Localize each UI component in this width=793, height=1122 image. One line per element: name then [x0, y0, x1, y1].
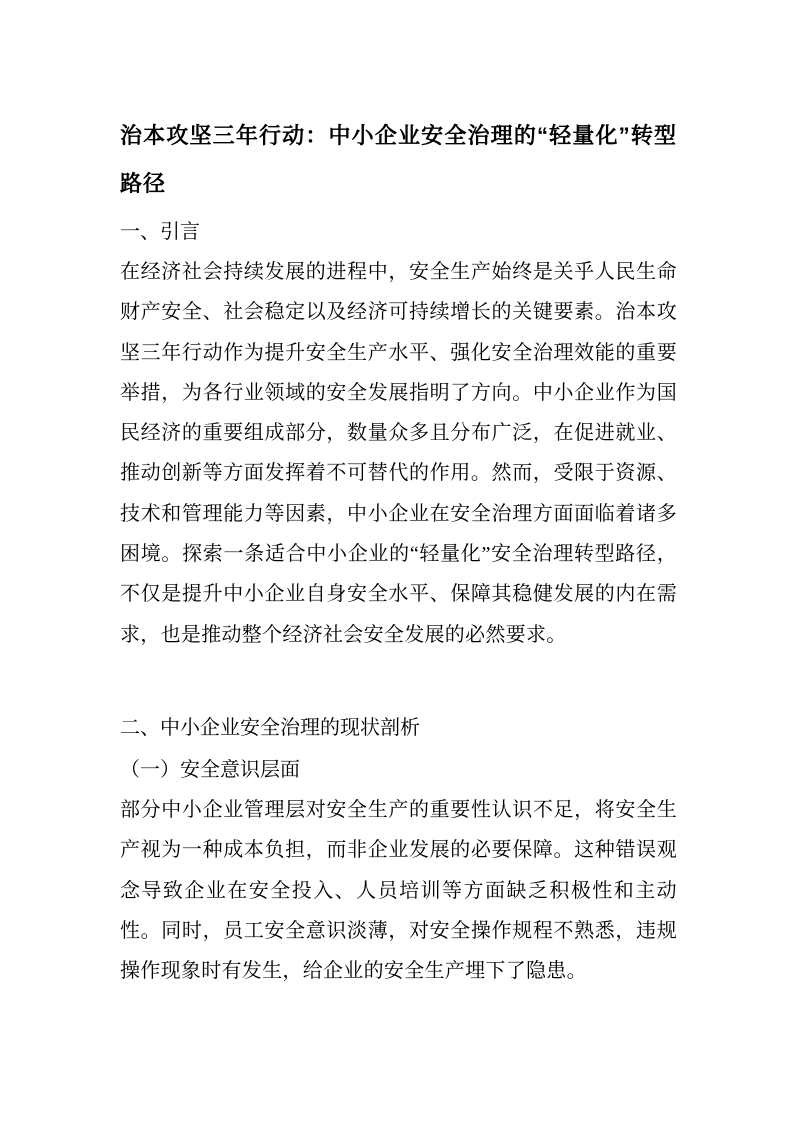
section-heading-intro: 一、引言 [120, 212, 677, 252]
subsection-heading-safety-awareness: （一）安全意识层面 [120, 750, 677, 790]
section-intro: 一、引言 在经济社会持续发展的进程中，安全生产始终是关乎人民生命财产安全、社会稳… [120, 212, 677, 655]
paragraph-intro: 在经济社会持续发展的进程中，安全生产始终是关乎人民生命财产安全、社会稳定以及经济… [120, 252, 677, 655]
section-heading-status-analysis: 二、中小企业安全治理的现状剖析 [120, 708, 677, 748]
document-title: 治本攻坚三年行动：中小企业安全治理的“轻量化”转型路径 [120, 112, 677, 208]
document-page: 治本攻坚三年行动：中小企业安全治理的“轻量化”转型路径 一、引言 在经济社会持续… [0, 0, 793, 1122]
paragraph-safety-awareness: 部分中小企业管理层对安全生产的重要性认识不足，将安全生产视为一种成本负担，而非企… [120, 790, 677, 991]
section-status-analysis: 二、中小企业安全治理的现状剖析 （一）安全意识层面 部分中小企业管理层对安全生产… [120, 708, 677, 991]
